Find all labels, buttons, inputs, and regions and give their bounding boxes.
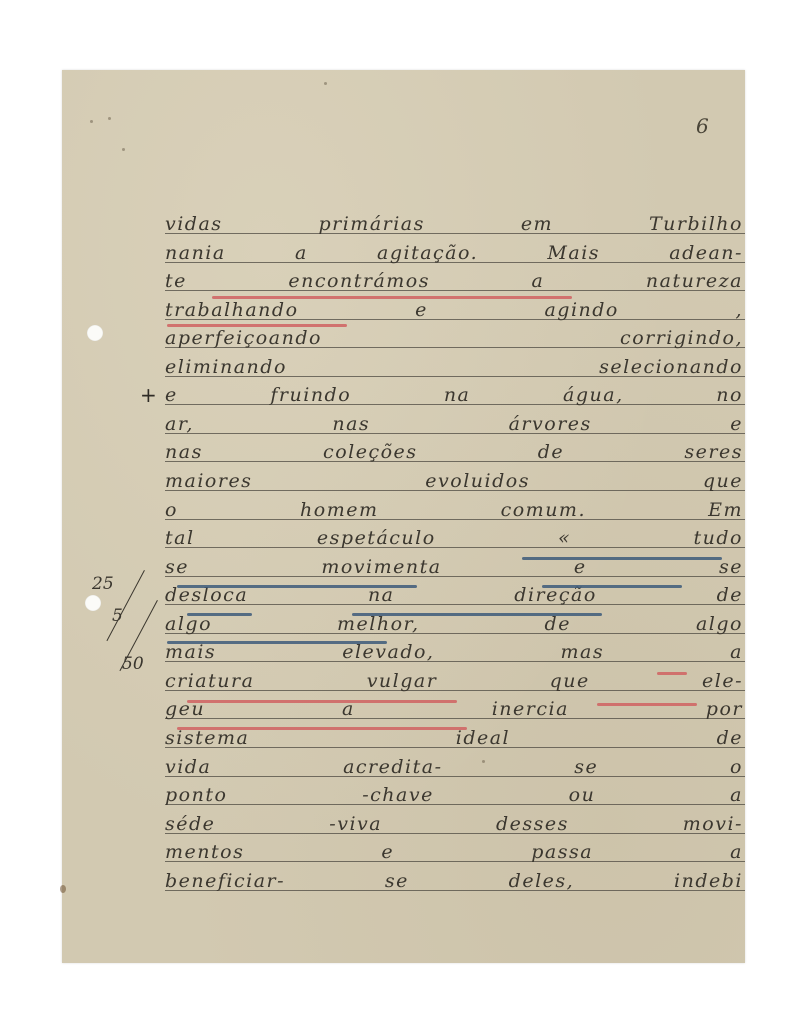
handwritten-word: ele- [702,669,743,693]
manuscript-line: vidaacredita-seo [165,753,743,779]
handwritten-word: espetáculo [317,526,436,550]
handwritten-word: movi- [683,812,743,836]
handwritten-word: trabalhando [165,298,299,322]
handwritten-word: se [165,555,189,579]
handwritten-word: vida [165,755,211,779]
manuscript-line: talespetáculo«tudo [165,524,743,550]
handwritten-word: na [444,383,471,407]
handwritten-word: mas [561,640,605,664]
handwritten-word: nania [165,241,226,265]
handwritten-word: e [415,298,428,322]
blue-underline-desloca [187,613,252,616]
manuscript-line: vidasprimáriasemTurbilho [165,210,743,236]
handwritten-word: se [719,555,743,579]
handwritten-word: eliminando [165,355,287,379]
red-underline-inercia [177,727,467,730]
manuscript-line: trabalhandoeagindo, [165,296,743,322]
manuscript-line: ponto-chaveoua [165,781,743,807]
manuscript-line: naniaaagitação.Maisadean- [165,239,743,265]
punch-hole-top [87,325,103,341]
blue-underline-direcao [352,613,602,616]
handwritten-word: evoluidos [425,469,530,493]
margin-date-month: 5 [112,606,123,626]
manuscript-line: ohomemcomum.Em [165,496,743,522]
handwritten-word: acredita- [343,755,442,779]
handwritten-word: tal [165,526,195,550]
manuscript-line: aperfeiçoandocorrigindo, [165,324,743,350]
handwritten-word: agindo [544,298,618,322]
handwritten-word: natureza [646,269,743,293]
handwritten-word: te [165,269,187,293]
handwritten-word: agitação. [377,241,478,265]
handwritten-word: adean- [669,241,743,265]
handwritten-word: « [558,526,571,550]
handwritten-word: a [730,640,743,664]
manuscript-line: ar,nasárvorese [165,410,743,436]
red-underline-encontramos-natureza [212,296,572,299]
handwritten-word: , [735,298,743,322]
handwritten-word: passa [531,840,593,864]
page-number: 6 [696,114,709,138]
manuscript-line: efruindonaágua,no [165,381,743,407]
handwritten-word: coleções [323,440,417,464]
margin-date-year: 50 [122,654,144,674]
handwritten-word: o [730,755,743,779]
handwritten-word: movimenta [321,555,441,579]
handwritten-word: aperfeiçoando [165,326,322,350]
red-underline-que-ele [597,703,697,706]
handwritten-word: o [165,498,178,522]
manuscript-line: nascoleçõesdeseres [165,438,743,464]
handwritten-word: a [730,840,743,864]
red-underline-criatura-vulgar [187,700,457,703]
manuscript-line: eliminandoselecionando [165,353,743,379]
red-underline-a [657,672,687,675]
handwritten-word: ar, [165,412,194,436]
handwritten-word: tudo [694,526,743,550]
blue-underline-se-movimenta [177,585,417,588]
manuscript-line: criaturavulgarqueele- [165,667,743,693]
handwritten-word: -chave [362,783,434,807]
handwritten-word: água, [563,383,624,407]
handwritten-word: comum. [501,498,586,522]
handwritten-word: e [165,383,178,407]
handwritten-word: se [574,755,598,779]
margin-date-day: 25 [92,574,114,594]
handwritten-word: de [717,583,743,607]
handwritten-word: Mais [547,241,600,265]
handwritten-word: indebi [674,869,743,893]
handwritten-word: selecionando [599,355,743,379]
handwritten-word: que [703,469,743,493]
handwritten-word: seres [684,440,743,464]
handwritten-word: primárias [318,212,424,236]
handwritten-word: vulgar [367,669,438,693]
handwritten-word: encontrámos [288,269,430,293]
blue-underline-tudo [522,557,722,560]
manuscript-line: teencontrámosanatureza [165,267,743,293]
handwritten-word: algo [696,612,743,636]
handwritten-word: séde [165,812,215,836]
handwritten-word: e [381,840,394,864]
handwritten-word: a [295,241,308,265]
handwritten-word: ou [569,783,596,807]
handwritten-word: vidas [165,212,223,236]
handwritten-word: beneficiar- [165,869,285,893]
handwritten-word: no [716,383,743,407]
handwritten-word: homem [300,498,378,522]
handwritten-word: nas [165,440,203,464]
blue-underline-algo-melhor [167,641,387,644]
handwritten-word: corrigindo, [620,326,743,350]
handwritten-word: Em [708,498,743,522]
handwritten-word: mentos [165,840,244,864]
manuscript-line: beneficiar-sedeles,indebi [165,867,743,893]
handwritten-word: árvores [509,412,592,436]
handwritten-word: Turbilho [649,212,743,236]
paper-speck [122,148,125,151]
handwritten-word: se [385,869,409,893]
paper-speck [324,82,327,85]
manuscript-line: séde-vivadessesmovi- [165,810,743,836]
margin-date-annotation: 25 5 50 [82,570,162,690]
handwritten-word: -viva [329,812,382,836]
handwritten-word: em [521,212,553,236]
handwritten-word: maiores [165,469,252,493]
blue-underline-e-se [542,585,682,588]
paper-speck [90,120,93,123]
handwritten-word: a [730,783,743,807]
handwritten-word: desses [496,812,569,836]
handwritten-word: fruindo [270,383,351,407]
handwritten-word: que [550,669,590,693]
handwritten-word: nas [332,412,370,436]
handwritten-word: de [538,440,564,464]
handwritten-word: inercia [492,697,569,721]
handwritten-word: por [706,697,743,721]
handwritten-word: e [730,412,743,436]
manuscript-line: maioresevoluidosque [165,467,743,493]
paper-speck [60,885,66,893]
handwritten-word: ponto [165,783,227,807]
paper-speck [108,117,111,120]
handwritten-word: a [532,269,545,293]
manuscript-page: 6 + 25 5 50 vidasprimáriasemTurbilhonani… [62,70,745,963]
margin-plus-mark: + [140,383,157,407]
handwritten-word: criatura [165,669,254,693]
manuscript-line: mentosepassaa [165,838,743,864]
handwritten-word: deles, [509,869,575,893]
handwritten-word: de [717,726,743,750]
red-underline-trabalhando [167,324,347,327]
